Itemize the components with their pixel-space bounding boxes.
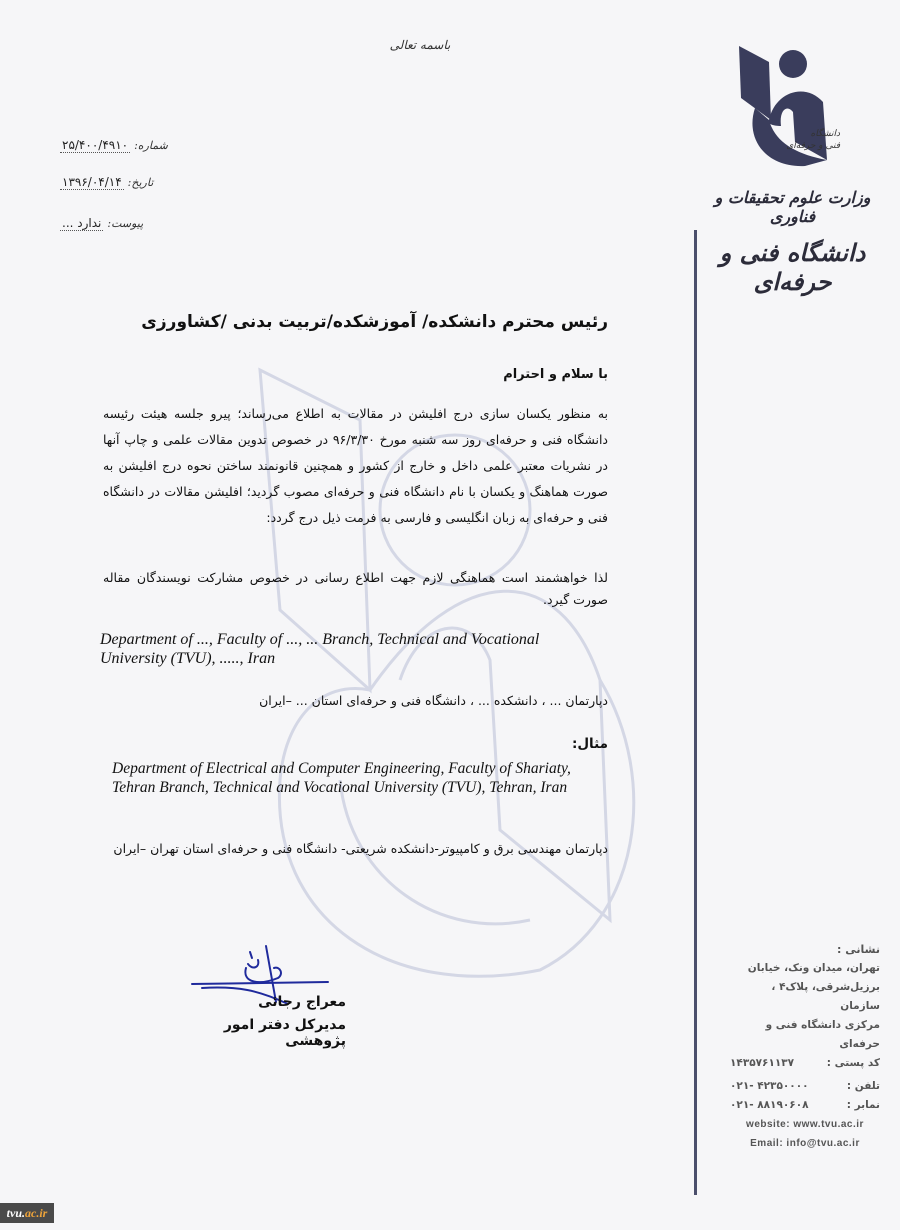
phone-label: تلفن : xyxy=(847,1077,880,1096)
logo-caption-line1: دانشگاه xyxy=(780,128,840,140)
signer-name: معراج رجائی xyxy=(180,994,346,1010)
affiliation-format-english: Department of ..., Faculty of ..., ... B… xyxy=(100,630,605,668)
body-paragraph-2: لذا خواهشمند است هماهنگی لازم جهت اطلاع … xyxy=(103,567,608,611)
letter-attachment-row: پیوست: ندارد ... xyxy=(60,216,190,231)
logo-caption: دانشگاه فنی و حرفه‌ای xyxy=(780,128,840,152)
example-affiliation-english: Department of Electrical and Computer En… xyxy=(112,759,592,797)
letter-date-row: تاریخ: ۱۳۹۶/۰۴/۱۴ xyxy=(60,175,190,190)
letter-number-label: شماره: xyxy=(134,139,168,152)
ministry-name: وزارت علوم تحقیقات و فناوری xyxy=(700,188,885,226)
vertical-divider xyxy=(694,230,697,1195)
address-label: نشانی : xyxy=(730,940,880,959)
example-label: مثال: xyxy=(572,736,608,752)
fax-value: ۰۲۱- ۸۸۱۹۰۶۰۸ xyxy=(730,1096,809,1115)
university-name: دانشگاه فنی و حرفه‌ای xyxy=(700,238,885,296)
body-paragraph-1: به منظور یکسان سازی درج افلیشن در مقالات… xyxy=(103,401,608,531)
fax-label: نمابر : xyxy=(847,1096,880,1115)
recipient-heading: رئیس محترم دانشکده/ آموزشکده/تربیت بدنی … xyxy=(141,312,608,332)
letter-page: باسمه تعالی شماره: ۲۵/۴۰۰/۴۹۱۰ تاریخ: ۱۳… xyxy=(0,0,900,1230)
letter-attachment-label: پیوست: xyxy=(107,217,143,230)
letter-date-value: ۱۳۹۶/۰۴/۱۴ xyxy=(60,175,124,190)
letter-date-label: تاریخ: xyxy=(128,176,154,189)
letter-number-row: شماره: ۲۵/۴۰۰/۴۹۱۰ xyxy=(60,138,190,153)
address-line-2: برزیل‌شرقی، پلاک۴ ، سازمان xyxy=(730,978,880,1016)
badge-domain-part: tvu. xyxy=(7,1206,25,1221)
bismillah-heading: باسمه تعالی xyxy=(380,38,460,52)
university-logo-icon xyxy=(735,42,835,172)
fax-row: نمابر : ۰۲۱- ۸۸۱۹۰۶۰۸ xyxy=(730,1096,880,1115)
badge-tld-part: ac.ir xyxy=(25,1206,47,1221)
example-affiliation-persian: دپارتمان مهندسی برق و کامپیوتر-دانشکده ش… xyxy=(103,838,608,860)
postal-code-label: کد پستی : xyxy=(827,1054,880,1073)
greeting-text: با سلام و احترام xyxy=(503,367,608,382)
letter-attachment-value: ندارد ... xyxy=(60,216,103,231)
contact-address-block: نشانی : تهران، میدان ونک، خیابان برزیل‌ش… xyxy=(730,940,880,1153)
address-line-1: تهران، میدان ونک، خیابان xyxy=(730,959,880,978)
address-line-3: مرکزی دانشگاه فنی و حرفه‌ای xyxy=(730,1016,880,1054)
affiliation-format-persian: دپارتمان ... ، دانشکده ... ، دانشگاه فنی… xyxy=(103,690,608,712)
postal-code-row: کد پستی : ۱۴۳۵۷۶۱۱۳۷ xyxy=(730,1054,880,1073)
phone-value: ۰۲۱- ۴۲۳۵۰۰۰۰ xyxy=(730,1077,809,1096)
website-link[interactable]: website: www.tvu.ac.ir xyxy=(730,1115,880,1134)
letter-number-value: ۲۵/۴۰۰/۴۹۱۰ xyxy=(60,138,130,153)
postal-code-value: ۱۴۳۵۷۶۱۱۳۷ xyxy=(730,1054,794,1073)
signer-title: مدیرکل دفتر امور پژوهشی xyxy=(180,1017,346,1049)
site-badge[interactable]: tvu.ac.ir xyxy=(0,1203,54,1223)
phone-row: تلفن : ۰۲۱- ۴۲۳۵۰۰۰۰ xyxy=(730,1077,880,1096)
logo-caption-line2: فنی و حرفه‌ای xyxy=(780,140,840,152)
email-link[interactable]: Email: info@tvu.ac.ir xyxy=(730,1134,880,1153)
